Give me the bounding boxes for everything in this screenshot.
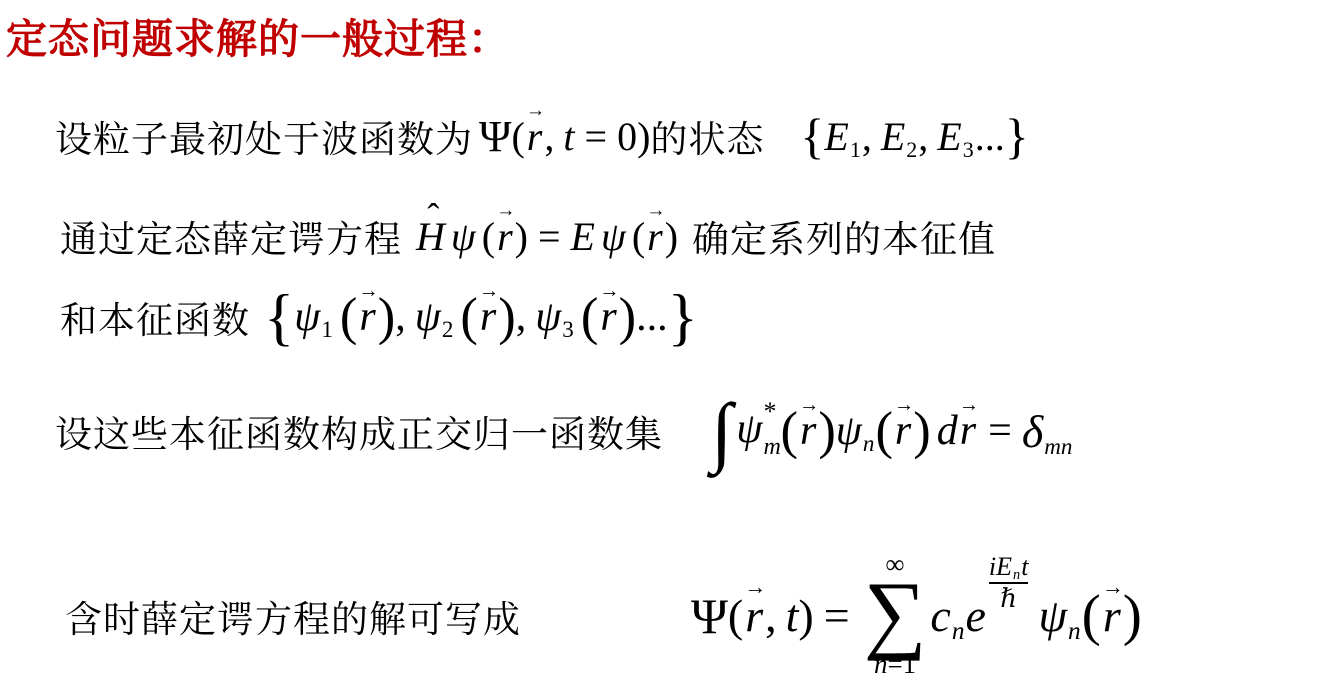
sum-lower-limit: n=1 <box>874 650 916 680</box>
t-symbol: t <box>563 113 574 160</box>
kronecker-delta: δmn <box>1022 405 1074 458</box>
line2-tail-text: 确定系列的本征值 <box>692 209 996 263</box>
close-paren: ) <box>619 291 636 344</box>
open-paren: ( <box>511 113 524 160</box>
vector-r: →r <box>798 407 818 455</box>
coefficient-cn: cn <box>930 589 965 642</box>
open-brace: { <box>800 111 824 161</box>
E-symbol: E <box>571 213 595 260</box>
line-time-dependent-solution: 含时薛定谔方程的解可写成 Ψ ( →r , t ) = ∞ ∑ n=1 cn e… <box>65 538 1142 693</box>
euler-e-symbol: e <box>966 589 986 642</box>
vector-arrow-icon: → <box>799 395 819 415</box>
vector-r: →r <box>743 589 765 642</box>
sup-sub-stack: *m <box>762 407 780 457</box>
close-paren: ) <box>665 213 678 260</box>
vector-r: →r <box>645 213 665 260</box>
line1-lead-text: 设粒子最初处于波函数为 <box>55 109 473 163</box>
line-orthonormality: 设这些本征函数构成正交归一函数集 ∫ ψ*m ( →r ) ψn ( →r ) … <box>55 374 1073 488</box>
hat-accent: ˆ <box>427 198 439 234</box>
eigenvalue-E2: E2 <box>881 113 918 160</box>
comma: , <box>862 113 872 160</box>
slide: 定态问题求解的一般过程： 设粒子最初处于波函数为 Ψ ( →r , t = 0 … <box>0 0 1342 693</box>
open-brace: { <box>264 286 294 349</box>
zero-value: 0 <box>617 113 637 160</box>
eigenfunction-psi2: ψ2 <box>415 293 455 341</box>
vector-r: →r <box>893 407 913 455</box>
vector-r: →r <box>495 213 515 260</box>
equals-sign: = <box>538 213 561 260</box>
line1-tail-text: 的状态 <box>650 109 764 163</box>
vector-r: →r <box>525 113 545 160</box>
open-paren: ( <box>632 213 645 260</box>
vector-r: →r <box>478 293 498 341</box>
vector-r: →r <box>598 293 618 341</box>
line2-lead-text: 通过定态薛定谔方程 <box>60 209 402 263</box>
hbar-symbol: ℏ <box>1000 585 1017 612</box>
eigenvalue-E3: E3 <box>937 113 974 160</box>
close-brace: } <box>1005 111 1029 161</box>
open-paren: ( <box>780 405 797 458</box>
conjugate-star: * <box>763 399 776 425</box>
m-subscript: m <box>763 435 780 459</box>
vector-arrow-icon: → <box>1102 576 1124 598</box>
comma: , <box>918 113 928 160</box>
ellipsis: ... <box>636 293 668 341</box>
vector-r: →r <box>1101 589 1123 642</box>
line3-lead-text: 和本征函数 <box>60 290 250 344</box>
vector-arrow-icon: → <box>599 281 619 301</box>
open-paren: ( <box>1082 587 1101 645</box>
capital-psi-symbol: Ψ <box>479 111 511 162</box>
close-brace: } <box>668 286 698 349</box>
vector-arrow-icon: → <box>646 201 665 220</box>
close-paren: ) <box>637 113 650 160</box>
comma: , <box>544 113 554 160</box>
close-paren: ) <box>1123 587 1142 645</box>
integral-sign: ∫ <box>711 396 732 466</box>
equals-sign: = <box>585 113 608 160</box>
summation: ∞ ∑ n=1 <box>864 551 927 680</box>
equals-sign: = <box>988 407 1012 455</box>
psi-symbol: ψ <box>601 213 626 260</box>
psi-m-conjugate: ψ*m <box>736 405 780 457</box>
vector-r: →r <box>357 293 377 341</box>
vector-arrow-icon: → <box>496 201 515 220</box>
eigenfunction-psi3: ψ3 <box>535 293 575 341</box>
close-paren: ) <box>498 291 515 344</box>
open-paren: ( <box>482 213 495 260</box>
ellipsis: ... <box>975 113 1005 160</box>
line-schrodinger-equation: 通过定态薛定谔方程 ˆH ψ ( →r ) = E ψ ( →r ) 确定系列的… <box>60 196 996 276</box>
open-paren: ( <box>728 589 743 642</box>
t-symbol: t <box>786 589 799 642</box>
comma: , <box>395 293 406 341</box>
comma: , <box>765 589 777 642</box>
vector-arrow-icon: → <box>959 395 979 415</box>
vector-arrow-icon: → <box>744 576 766 598</box>
capital-psi-symbol: Ψ <box>691 587 728 645</box>
differential-d: d <box>937 407 958 455</box>
equals-sign: = <box>824 589 850 642</box>
open-paren: ( <box>581 291 598 344</box>
close-paren: ) <box>515 213 528 260</box>
sigma-sum-symbol: ∑ <box>864 578 927 650</box>
open-paren: ( <box>460 291 477 344</box>
line4-lead-text: 设这些本征函数构成正交归一函数集 <box>55 404 663 458</box>
exponent-numerator: iEnt <box>989 553 1029 580</box>
hamiltonian-operator: ˆH <box>416 213 445 260</box>
vector-arrow-icon: → <box>479 281 499 301</box>
line-initial-state: 设粒子最初处于波函数为 Ψ ( →r , t = 0 ) 的状态 { E1 , … <box>55 97 1029 175</box>
psi-n-term: ψn <box>836 407 876 455</box>
close-paren: ) <box>798 589 813 642</box>
close-paren: ) <box>378 291 395 344</box>
line5-lead-text: 含时薛定谔方程的解可写成 <box>65 589 521 643</box>
vector-arrow-icon: → <box>526 101 545 120</box>
close-paren: ) <box>818 405 835 458</box>
vector-arrow-icon: → <box>894 395 914 415</box>
open-paren: ( <box>340 291 357 344</box>
open-paren: ( <box>875 405 892 458</box>
line-eigenfunctions: 和本征函数 { ψ1 ( →r ) , ψ2 ( →r ) , ψ3 ( →r … <box>60 268 698 366</box>
psi-symbol: ψ <box>451 213 476 260</box>
slide-title: 定态问题求解的一般过程： <box>6 6 510 65</box>
exponent-fraction: iEnt ℏ <box>989 553 1029 612</box>
vector-arrow-icon: → <box>358 281 378 301</box>
psi-n-term: ψn <box>1038 589 1081 642</box>
comma: , <box>516 293 527 341</box>
eigenfunction-psi1: ψ1 <box>294 293 334 341</box>
eigenvalue-E1: E1 <box>824 113 861 160</box>
vector-r: →r <box>958 407 978 455</box>
close-paren: ) <box>913 405 930 458</box>
